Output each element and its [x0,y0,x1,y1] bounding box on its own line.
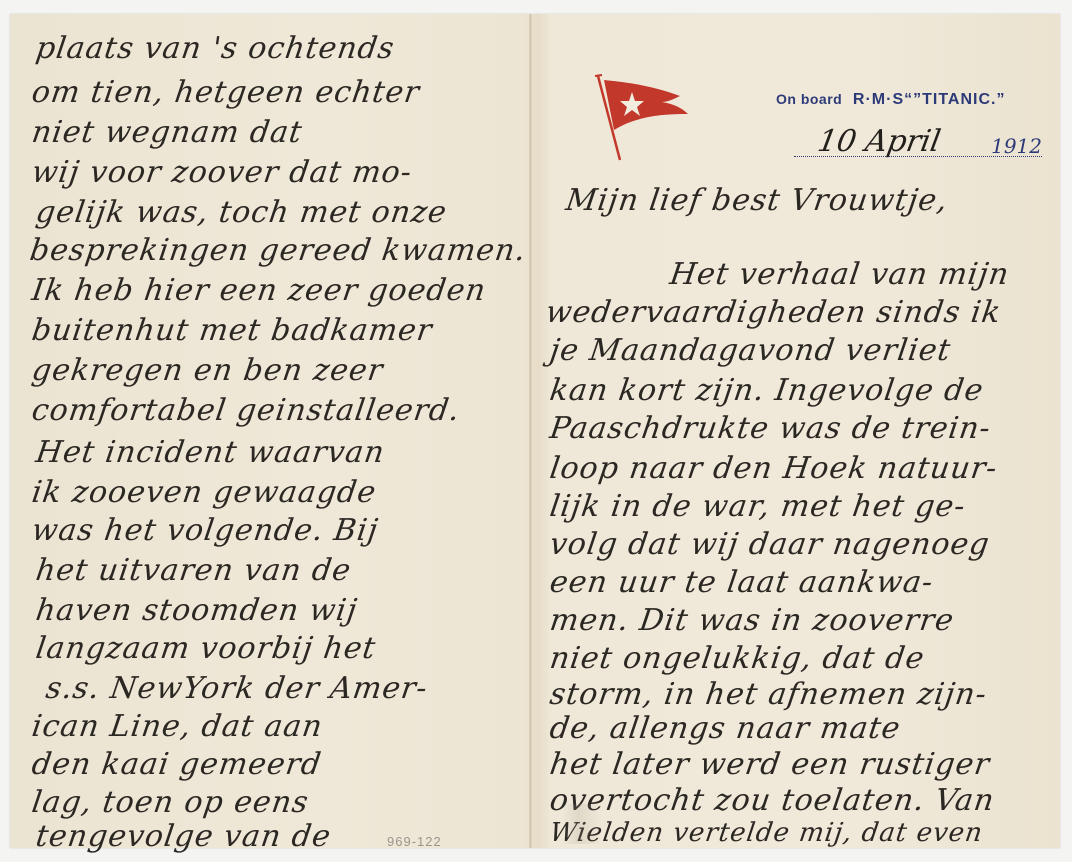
handwritten-line: gelijk was, toch met onze [34,198,449,228]
date-day-month: 10 April [815,124,943,159]
handwritten-line: Ik heb hier een zeer goeden [30,276,488,306]
handwritten-line: loop naar den Hoek natuur- [548,454,1000,484]
handwritten-line: Het verhaal van mijn [668,260,1011,290]
date-line: 10 April 1912 [794,124,1042,157]
handwritten-line: je Maandagavond verliet [548,336,953,366]
archive-number: 969-122 [387,834,442,849]
handwritten-line: lag, toen op eens [30,788,311,818]
handwritten-line: besprekingen gereed kwamen. [28,236,528,266]
handwritten-line: het uitvaren van de [34,556,353,586]
white-star-line-flag-icon [592,72,692,167]
handwritten-line: volg dat wij daar nagenoeg [548,530,992,560]
handwritten-line: kan kort zijn. Ingevolge de [548,376,986,406]
handwritten-line: plaats van 's ochtends [34,34,397,64]
letter-sheet: plaats van 's ochtends om tien, hetgeen … [10,14,1060,848]
handwritten-line: tengevolge van de [34,822,333,852]
handwritten-line: een uur te laat aankwa- [548,568,935,598]
handwritten-line: buitenhut met badkamer [30,316,434,346]
handwritten-line: was het volgende. Bij [30,516,380,546]
handwritten-line: comfortabel geinstalleerd. [30,396,462,426]
handwritten-line: om tien, hetgeen echter [30,78,422,108]
handwritten-line: Het incident waarvan [34,438,387,468]
handwritten-line: lijk in de war, met het ge- [548,492,968,522]
letterhead-prefix: On board [776,91,842,107]
handwritten-line: het later werd een rustiger [548,750,992,780]
letterhead: On board R·M·S“”TITANIC.” [776,91,1005,109]
left-page: plaats van 's ochtends om tien, hetgeen … [10,14,529,848]
handwritten-line: men. Dit was in zooverre [548,606,956,636]
handwritten-line: wij voor zoover dat mo- [30,158,414,188]
handwritten-line: gekregen en ben zeer [30,356,385,386]
paper-stain [562,804,602,844]
handwritten-line: haven stoomden wij [34,596,359,626]
handwritten-line: den kaai gemeerd [30,750,324,780]
handwritten-line: Paaschdrukte was de trein- [548,414,993,444]
handwritten-line: storm, in het afnemen zijn- [548,680,989,710]
right-page: On board R·M·S“”TITANIC.” 10 April 1912 … [532,14,1060,848]
date-year: 1912 [991,134,1042,158]
letterhead-ship-name: R·M·S“”TITANIC.” [853,91,1006,108]
handwritten-line: niet ongelukkig, dat de [548,644,927,674]
salutation: Mijn lief best Vrouwtje, [564,186,950,216]
handwritten-line: langzaam voorbij het [34,634,378,664]
handwritten-line: wedervaardigheden sinds ik [544,298,1003,328]
handwritten-line: ican Line, dat aan [30,712,325,742]
handwritten-line: de, allengs naar mate [548,714,903,744]
handwritten-line: niet wegnam dat [30,118,304,148]
handwritten-line: ik zooeven gewaagde [30,478,378,508]
handwritten-line: s.s. NewYork der Amer- [44,674,430,704]
handwritten-line: Wielden vertelde mij, dat even [548,820,985,846]
handwritten-line: overtocht zou toelaten. Van [548,786,997,816]
